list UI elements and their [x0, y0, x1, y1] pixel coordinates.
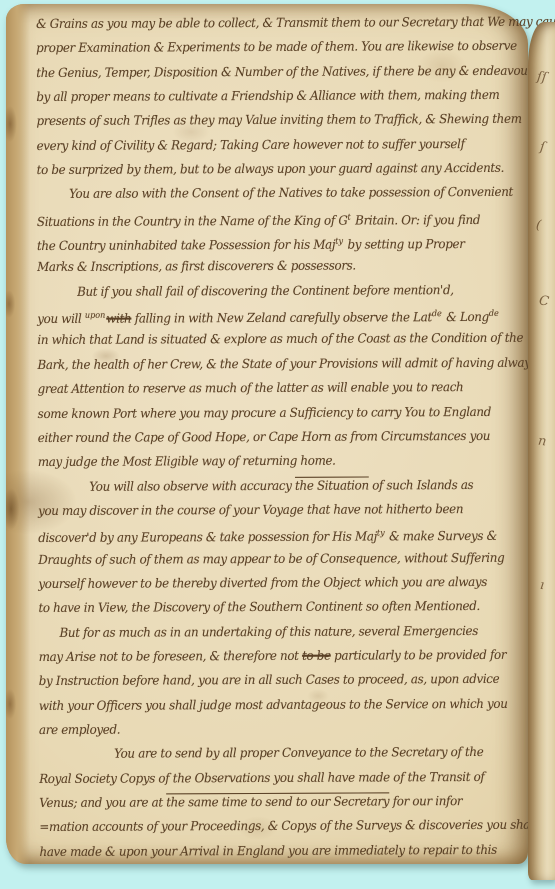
- manuscript-line: Venus; and you are at the same time to s…: [39, 789, 506, 815]
- manuscript-segment: to be surprized by them, but to be alway…: [37, 160, 504, 177]
- manuscript-segment-sup: upon: [85, 311, 105, 321]
- manuscript-segment: the Genius, Temper, Disposition & Number…: [36, 62, 533, 79]
- next-page-text-fragment: ı: [539, 578, 545, 593]
- manuscript-segment: in which that Land is situated & explore…: [37, 330, 523, 347]
- manuscript-segment: for our infor: [389, 793, 462, 808]
- manuscript-line: some known Port where you may procure a …: [38, 399, 505, 425]
- manuscript-line: have made & upon your Arrival in England…: [39, 838, 506, 864]
- manuscript-line: Situations in the Country in the Name of…: [37, 205, 504, 231]
- manuscript-segment-strike: to be: [302, 648, 331, 663]
- manuscript-line: to be surprized by them, but to be alway…: [37, 156, 504, 182]
- manuscript-line: with your Officers you shall judge most …: [39, 691, 506, 717]
- manuscript-line: to have in View, the Discovery of the So…: [38, 594, 505, 620]
- manuscript-segment: & Grains as you may be able to collect, …: [36, 14, 555, 31]
- manuscript-line: in which that Land is situated & explore…: [37, 326, 504, 352]
- manuscript-line: But for as much as in an undertaking of …: [39, 618, 506, 644]
- manuscript-segment: But for as much as in an undertaking of …: [59, 623, 478, 640]
- manuscript-segment-over: the same time to send to our Secretary: [166, 793, 389, 809]
- manuscript-segment: Situations in the Country in the Name of…: [37, 212, 348, 228]
- manuscript-segment: Venus; and you are at: [39, 794, 166, 810]
- manuscript-segment-sup: ty: [377, 529, 385, 539]
- manuscript-segment: by Instruction before hand, you are in a…: [39, 671, 500, 688]
- manuscript-line: Marks & Inscriptions, as first discovere…: [37, 253, 504, 279]
- manuscript-segment: with your Officers you shall judge most …: [39, 695, 508, 712]
- manuscript-line: either round the Cape of Good Hope, or C…: [38, 424, 505, 450]
- manuscript-line: & Grains as you may be able to collect, …: [36, 10, 503, 36]
- manuscript-segment-strike: with: [106, 311, 131, 326]
- manuscript-segment: may Arise not to be foreseen, & therefor…: [39, 648, 302, 664]
- manuscript-segment-sup: de: [489, 309, 499, 319]
- manuscript-segment: particularly to be provided for: [331, 647, 507, 663]
- manuscript-segment: Bark, the health of her Crew, & the Stat…: [37, 355, 536, 372]
- next-page-text-fragment: ſſ: [536, 69, 547, 85]
- manuscript-line: You are also with the Consent of the Nat…: [37, 180, 504, 206]
- scan-background: & Grains as you may be able to collect, …: [0, 0, 555, 889]
- manuscript-segment: presents of such Trifles as they may Val…: [36, 111, 521, 128]
- manuscript-segment: of such Islands as: [369, 477, 474, 492]
- manuscript-segment: some known Port where you may procure a …: [38, 403, 491, 420]
- manuscript-line: Royal Society Copys of the Observations …: [39, 765, 506, 791]
- manuscript-segment: you will: [37, 311, 85, 326]
- next-page-text-fragment: (: [535, 218, 542, 234]
- manuscript-line: the Genius, Temper, Disposition & Number…: [36, 59, 503, 85]
- manuscript-segment: But if you shall fail of discovering the…: [77, 282, 454, 299]
- manuscript-line: discover'd by any Europeans & take posse…: [38, 521, 505, 547]
- manuscript-line: =mation accounts of your Proceedings, & …: [39, 813, 506, 839]
- manuscript-segment: either round the Cape of Good Hope, or C…: [38, 428, 490, 445]
- manuscript-line: by Instruction before hand, you are in a…: [39, 667, 506, 693]
- manuscript-segment: proper Examination & Experiments to be m…: [36, 38, 517, 55]
- manuscript-segment-over: the Situation: [295, 477, 369, 492]
- manuscript-segment-sup: t: [347, 212, 350, 222]
- manuscript-line: great Attention to reserve as much of th…: [38, 375, 505, 401]
- manuscript-segment: the Country uninhabited take Possession …: [37, 237, 335, 253]
- manuscript-segment: by setting up Proper: [344, 236, 465, 252]
- next-page-text-fragment: n: [537, 434, 547, 450]
- manuscript-line: every kind of Civility & Regard; Taking …: [37, 132, 504, 158]
- manuscript-segment: great Attention to reserve as much of th…: [38, 379, 464, 396]
- manuscript-line: But if you shall fail of discovering the…: [37, 278, 504, 304]
- manuscript-segment: Draughts of such of them as may appear t…: [38, 549, 504, 566]
- manuscript-segment: falling in with New Zeland carefully obs…: [131, 309, 432, 325]
- manuscript-line: You will also observe with accuracy the …: [38, 472, 505, 498]
- manuscript-segment: You are to send by all proper Conveyance…: [114, 744, 483, 761]
- manuscript-segment: Britain. Or: if you find: [352, 212, 480, 228]
- manuscript-segment: have made & upon your Arrival in England…: [39, 842, 496, 859]
- manuscript-segment: =mation accounts of your Proceedings, & …: [39, 817, 537, 834]
- manuscript-line: you will uponwith falling in with New Ze…: [37, 302, 504, 328]
- next-page-text-fragment: C: [538, 293, 550, 309]
- manuscript-line: Bark, the health of her Crew, & the Stat…: [37, 351, 504, 377]
- manuscript-line: yourself however to be thereby diverted …: [38, 570, 505, 596]
- manuscript-line: You are to send by all proper Conveyance…: [39, 740, 506, 766]
- manuscript-line: may judge the Most Eligible way of retur…: [38, 448, 505, 474]
- manuscript-segment: & make Surveys &: [386, 528, 497, 544]
- manuscript-segment: You will also observe with accuracy: [89, 477, 295, 493]
- manuscript-line: presents of such Trifles as they may Val…: [36, 107, 503, 133]
- manuscript-text: & Grains as you may be able to collect, …: [36, 10, 507, 864]
- manuscript-segment: & Long: [443, 309, 489, 324]
- manuscript-segment: may judge the Most Eligible way of retur…: [38, 453, 336, 469]
- manuscript-segment: to have in View, the Discovery of the So…: [38, 598, 480, 615]
- manuscript-line: Draughts of such of them as may appear t…: [38, 545, 505, 571]
- manuscript-line: the Country uninhabited take Possession …: [37, 229, 504, 255]
- paper-deckle-edge: [6, 4, 30, 864]
- manuscript-segment-sup: ty: [335, 237, 343, 247]
- manuscript-segment-sup: de: [432, 309, 442, 319]
- next-page-text-fragment: ſ: [539, 140, 546, 155]
- next-page-edge: ſſſ(Cnı: [528, 22, 555, 880]
- manuscript-line: by all proper means to cultivate a Frien…: [36, 83, 503, 109]
- manuscript-segment: by all proper means to cultivate a Frien…: [36, 87, 499, 104]
- manuscript-segment: Marks & Inscriptions, as first discovere…: [37, 258, 356, 274]
- manuscript-line: are employed.: [39, 716, 506, 742]
- manuscript-segment: discover'd by any Europeans & take posse…: [38, 529, 377, 546]
- manuscript-line: proper Examination & Experiments to be m…: [36, 34, 503, 60]
- manuscript-segment: yourself however to be thereby diverted …: [38, 574, 487, 591]
- manuscript-line: you may discover in the course of your V…: [38, 497, 505, 523]
- manuscript-segment: you may discover in the course of your V…: [38, 501, 463, 518]
- manuscript-segment: are employed.: [39, 722, 120, 737]
- manuscript-segment: You are also with the Consent of the Nat…: [69, 184, 513, 201]
- manuscript-line: may Arise not to be foreseen, & therefor…: [39, 643, 506, 669]
- manuscript-segment: Royal Society Copys of the Observations …: [39, 769, 484, 786]
- manuscript-page: & Grains as you may be able to collect, …: [6, 4, 528, 864]
- manuscript-segment: every kind of Civility & Regard; Taking …: [37, 136, 465, 153]
